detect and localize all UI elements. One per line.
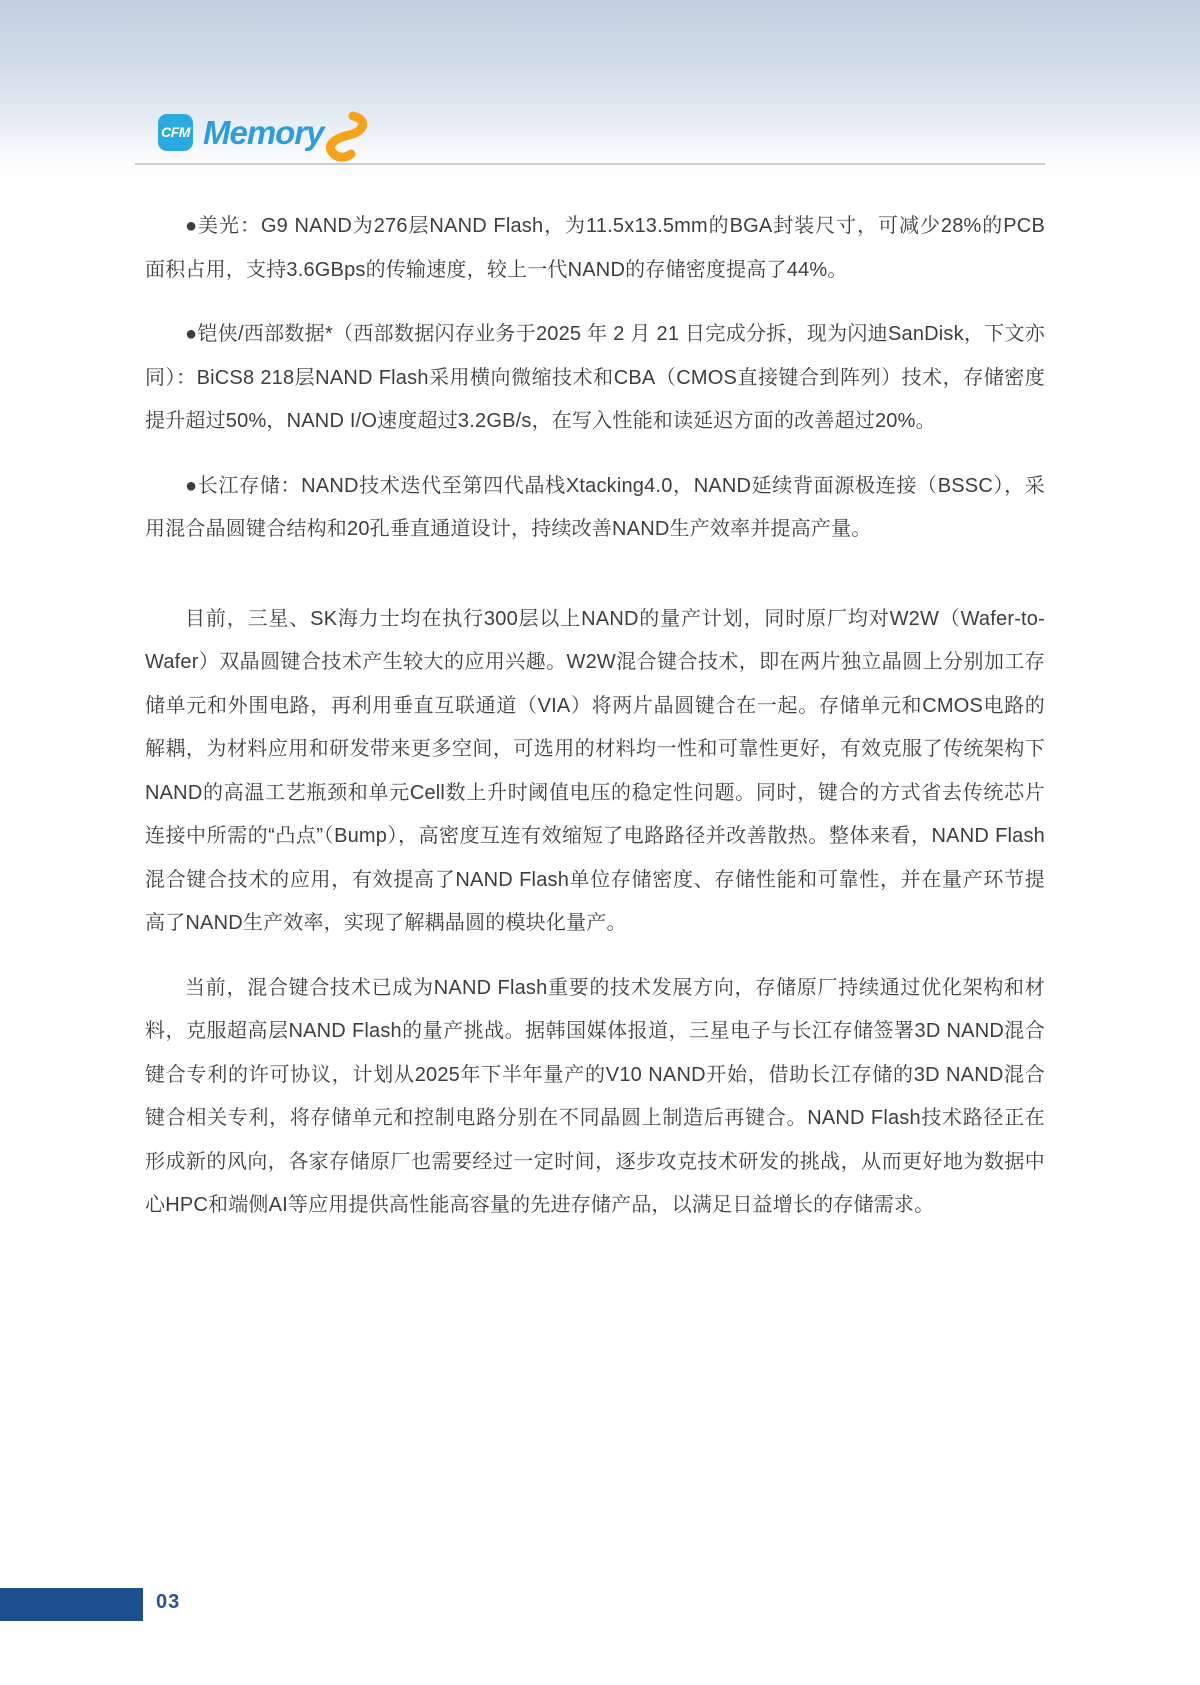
header-divider-line: [135, 163, 1045, 165]
bullet-paragraph-ymtc: ●长江存储：NAND技术迭代至第四代晶栈Xtacking4.0，NAND延续背面…: [145, 465, 1045, 552]
logo-s-swoosh-icon: [320, 110, 368, 167]
bullet-paragraph-micron: ●美光：G9 NAND为276层NAND Flash，为11.5x13.5mm的…: [145, 205, 1045, 292]
bullet-paragraph-kioxia-wd: ●铠侠/西部数据*（西部数据闪存业务于2025 年 2 月 21 日完成分拆，现…: [145, 313, 1045, 444]
page-number: 03: [156, 1591, 180, 1614]
logo-wordmark: Memory: [203, 116, 324, 149]
cfm-logo-badge: CFM: [158, 114, 193, 151]
paragraph-w2w-bonding: 目前，三星、SK海力士均在执行300层以上NAND的量产计划，同时原厂均对W2W…: [145, 598, 1045, 946]
cfm-memorys-logo: CFM Memory: [158, 111, 368, 153]
paragraph-hybrid-bonding-outlook: 当前，混合键合技术已成为NAND Flash重要的技术发展方向，存储原厂持续通过…: [145, 967, 1045, 1228]
document-body: ●美光：G9 NAND为276层NAND Flash，为11.5x13.5mm的…: [145, 205, 1045, 1249]
footer-accent-bar: [0, 1588, 143, 1621]
